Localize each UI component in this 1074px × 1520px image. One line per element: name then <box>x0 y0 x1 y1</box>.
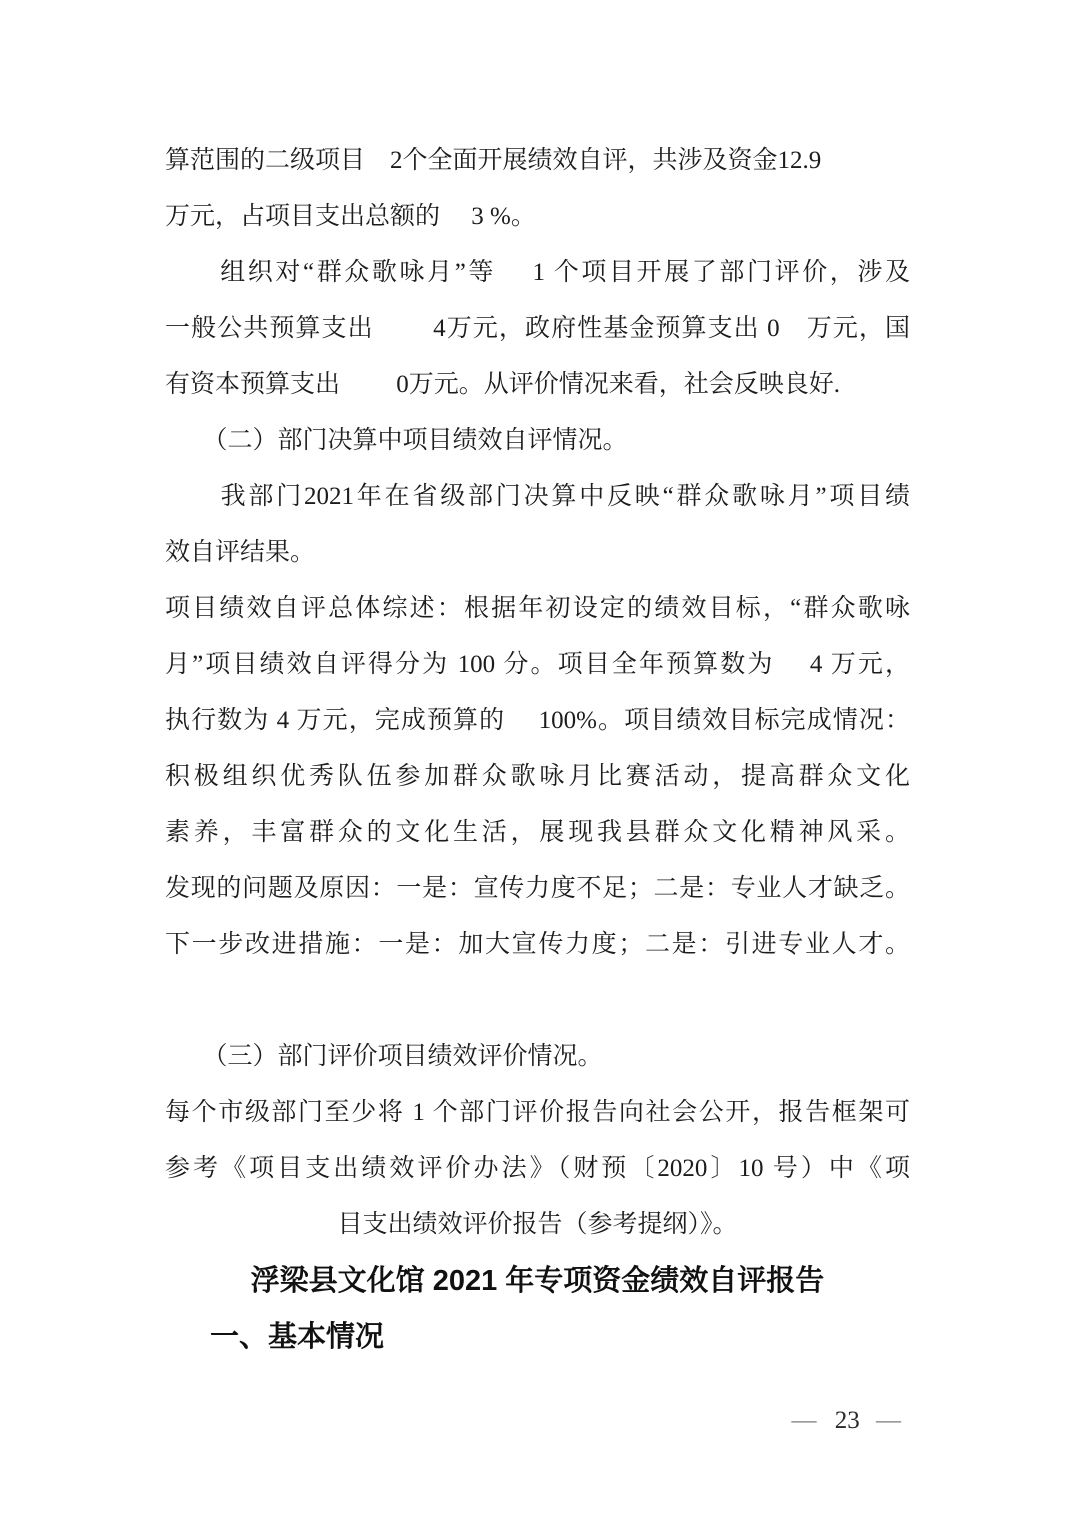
document-line: 月”项目绩效自评得分为 100 分。项目全年预算数为 4 万元， <box>165 637 910 693</box>
document-line: 发现的问题及原因：一是：宣传力度不足；二是：专业人才缺乏。 <box>165 861 910 917</box>
document-line: 目支出绩效评价报告（参考提纲）》。 <box>165 1197 910 1253</box>
document-line: 有资本预算支出 0万元。从评价情况来看，社会反映良好. <box>165 357 910 413</box>
document-line: 一、基本情况 <box>165 1309 910 1365</box>
document-line: 执行数为 4 万元，完成预算的 100%。项目绩效目标完成情况： <box>165 693 910 749</box>
document-line: 参考《项目支出绩效评价办法》（财预〔2020〕10 号）中《项 <box>165 1141 910 1197</box>
document-line: 项目绩效自评总体综述：根据年初设定的绩效目标，“群众歌咏 <box>165 581 910 637</box>
document-line: 万元，占项目支出总额的 3 %。 <box>165 189 910 245</box>
document-line: （三）部门评价项目绩效评价情况。 <box>165 1029 910 1085</box>
document-line: （二）部门决算中项目绩效自评情况。 <box>165 413 910 469</box>
page-number: — 23 — <box>782 1405 914 1437</box>
footer-dash-left: — <box>792 1407 819 1434</box>
footer-page-number: 23 <box>835 1407 860 1434</box>
document-line: 每个市级部门至少将 1 个部门评价报告向社会公开，报告框架可 <box>165 1085 910 1141</box>
document-line: 算范围的二级项目 2个全面开展绩效自评，共涉及资金12.9 <box>165 133 910 189</box>
document-page: 算范围的二级项目 2个全面开展绩效自评，共涉及资金12.9万元，占项目支出总额的… <box>0 0 1074 1520</box>
blank-line <box>165 973 910 1029</box>
document-line: 我部门2021年在省级部门决算中反映“群众歌咏月”项目绩 <box>165 469 910 525</box>
document-line: 效自评结果。 <box>165 525 910 581</box>
document-line: 一般公共预算支出 4万元，政府性基金预算支出 0 万元，国 <box>165 301 910 357</box>
footer-dash-right: — <box>876 1407 903 1434</box>
document-line: 浮梁县文化馆 2021 年专项资金绩效自评报告 <box>165 1253 910 1309</box>
document-line: 积极组织优秀队伍参加群众歌咏月比赛活动，提高群众文化 <box>165 749 910 805</box>
document-lines: 算范围的二级项目 2个全面开展绩效自评，共涉及资金12.9万元，占项目支出总额的… <box>165 133 910 1365</box>
document-line: 组织对“群众歌咏月”等 1 个项目开展了部门评价，涉及 <box>165 245 910 301</box>
document-line: 素养，丰富群众的文化生活，展现我县群众文化精神风采。 <box>165 805 910 861</box>
document-line: 下一步改进措施：一是：加大宣传力度；二是：引进专业人才。 <box>165 917 910 973</box>
